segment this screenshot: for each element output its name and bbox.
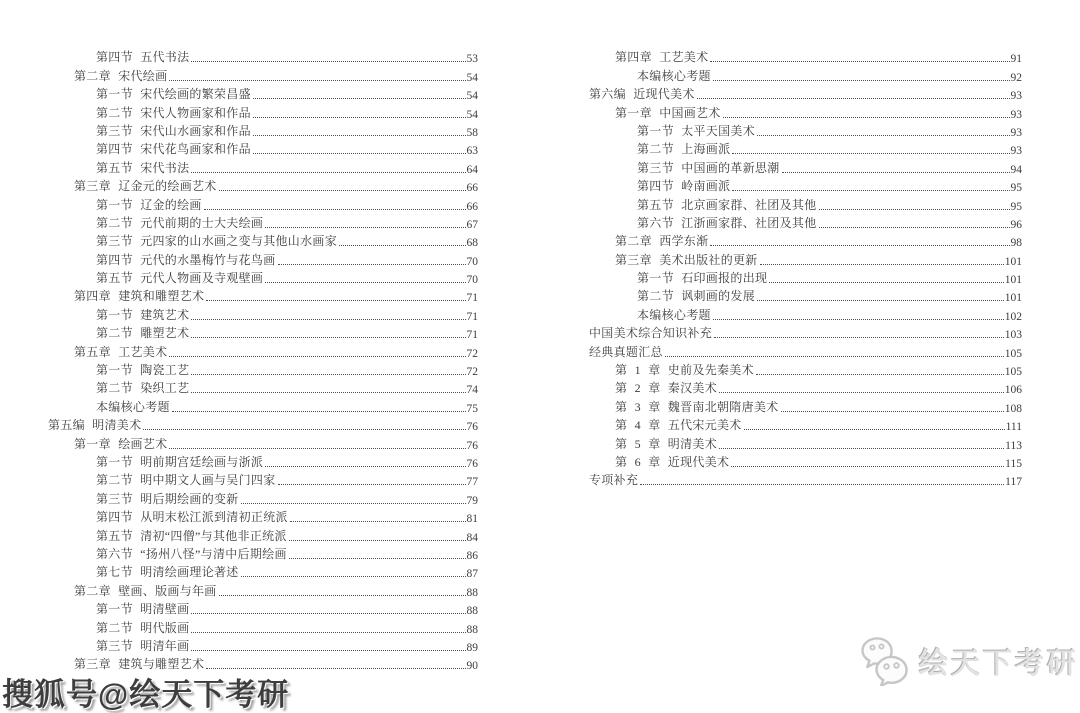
toc-page-number: 74 bbox=[467, 384, 479, 396]
toc-dot-leader bbox=[191, 392, 465, 393]
toc-dot-leader bbox=[265, 466, 465, 467]
toc-dot-leader bbox=[265, 227, 465, 228]
toc-dot-leader bbox=[253, 98, 466, 99]
toc-dot-leader bbox=[172, 411, 466, 412]
toc-entry: 第四节 从明末松江派到清初正统派 81 bbox=[48, 507, 478, 525]
toc-entry-label: 本编核心考题 bbox=[637, 67, 711, 84]
toc-dot-leader bbox=[744, 429, 1005, 430]
toc-entry-label: 第三节 明清年画 bbox=[96, 637, 189, 654]
toc-page-number: 101 bbox=[1005, 292, 1022, 304]
toc-entry-label: 第一节 石印画报的出现 bbox=[637, 269, 767, 286]
toc-entry: 第四章 建筑和雕塑艺术 71 bbox=[48, 286, 478, 304]
toc-dot-leader bbox=[219, 595, 466, 596]
toc-entry-label: 第三节 中国画的革新思潮 bbox=[637, 159, 780, 176]
toc-page-number: 101 bbox=[1005, 256, 1022, 268]
toc-entry: 第四节 元代的水墨梅竹与花鸟画 70 bbox=[48, 249, 478, 267]
sohu-account-watermark: 搜狐号@绘天下考研 bbox=[2, 669, 289, 713]
toc-entry: 第一节 辽金的绘画 66 bbox=[48, 194, 478, 212]
toc-page-number: 86 bbox=[467, 550, 479, 562]
toc-page-number: 71 bbox=[467, 292, 479, 304]
toc-entry-label: 第一节 太平天国美术 bbox=[637, 122, 755, 139]
toc-dot-leader bbox=[723, 117, 1010, 118]
toc-entry-label: 第一节 宋代绘画的繁荣昌盛 bbox=[96, 85, 251, 102]
toc-entry-label: 第四节 从明末松江派到清初正统派 bbox=[96, 508, 288, 525]
toc-entry: 专项补充 117 bbox=[589, 470, 1022, 488]
toc-page-number: 71 bbox=[467, 329, 479, 341]
toc-entry-label: 第三节 宋代山水画家和作品 bbox=[96, 122, 251, 139]
toc-page-number: 105 bbox=[1005, 348, 1022, 360]
toc-page-number: 105 bbox=[1005, 366, 1022, 378]
toc-dot-leader bbox=[191, 613, 465, 614]
toc-dot-leader bbox=[781, 411, 1004, 412]
toc-page-number: 84 bbox=[467, 532, 479, 544]
toc-entry-label: 本编核心考题 bbox=[637, 306, 711, 323]
toc-dot-leader bbox=[191, 172, 465, 173]
toc-page-number: 54 bbox=[467, 72, 479, 84]
toc-page-number: 93 bbox=[1011, 127, 1023, 139]
toc-entry-label: 第五节 元代人物画及寺观壁画 bbox=[96, 269, 263, 286]
toc-dot-leader bbox=[710, 245, 1009, 246]
toc-page-number: 91 bbox=[1011, 53, 1023, 65]
toc-dot-leader bbox=[719, 448, 1004, 449]
toc-entry: 第一节 石印画报的出现 101 bbox=[589, 268, 1022, 286]
toc-page-number: 81 bbox=[467, 513, 479, 525]
toc-dot-leader bbox=[710, 61, 1009, 62]
toc-entry: 第五章 工艺美术 72 bbox=[48, 341, 478, 359]
toc-entry-label: 第五章 工艺美术 bbox=[74, 343, 167, 360]
toc-page-number: 72 bbox=[467, 366, 479, 378]
toc-entry: 第六编 近现代美术 93 bbox=[589, 84, 1022, 102]
toc-entry-label: 第三章 辽金元的绘画艺术 bbox=[74, 177, 217, 194]
toc-entry: 第四章 工艺美术 91 bbox=[589, 47, 1022, 65]
toc-entry: 第二节 元代前期的士大夫绘画 67 bbox=[48, 213, 478, 231]
toc-entry: 第 6 章 近现代美术 115 bbox=[589, 452, 1022, 470]
toc-page-number: 106 bbox=[1005, 384, 1022, 396]
toc-page-number: 96 bbox=[1011, 219, 1023, 231]
toc-entry-label: 第 4 章 五代宋元美术 bbox=[615, 416, 742, 433]
toc-entry: 第五节 北京画家群、社团及其他 95 bbox=[589, 194, 1022, 212]
toc-entry: 第三节 中国画的革新思潮 94 bbox=[589, 157, 1022, 175]
toc-entry-label: 第三章 美术出版社的更新 bbox=[615, 251, 758, 268]
toc-page-number: 79 bbox=[467, 495, 479, 507]
toc-entry: 第二章 西学东渐 98 bbox=[589, 231, 1022, 249]
toc-entry-label: 第六节 江浙画家群、社团及其他 bbox=[637, 214, 817, 231]
toc-entry: 第一节 明前期宫廷绘画与浙派 76 bbox=[48, 452, 478, 470]
toc-entry-label: 第二节 明代版画 bbox=[96, 619, 189, 636]
wechat-chat-bubbles-icon bbox=[858, 636, 910, 686]
toc-entry-label: 第四节 五代书法 bbox=[96, 48, 189, 65]
toc-entry: 第六节 江浙画家群、社团及其他 96 bbox=[589, 213, 1022, 231]
toc-entry-label: 第二节 上海画派 bbox=[637, 140, 730, 157]
toc-page-number: 111 bbox=[1006, 421, 1022, 433]
toc-entry: 第二章 壁画、版画与年画 88 bbox=[48, 580, 478, 598]
toc-page-number: 88 bbox=[467, 587, 479, 599]
toc-page-number: 93 bbox=[1011, 90, 1023, 102]
toc-dot-leader bbox=[756, 374, 1004, 375]
toc-entry: 本编核心考题 102 bbox=[589, 304, 1022, 322]
toc-dot-leader bbox=[719, 392, 1004, 393]
toc-entry-label: 第四章 工艺美术 bbox=[615, 48, 708, 65]
toc-entry-label: 第六节 “扬州八怪”与清中后期绘画 bbox=[96, 545, 287, 562]
toc-entry: 本编核心考题 75 bbox=[48, 396, 478, 414]
toc-entry-label: 第 5 章 明清美术 bbox=[615, 435, 717, 452]
toc-page-number: 66 bbox=[467, 182, 479, 194]
toc-entry: 第一节 太平天国美术 93 bbox=[589, 121, 1022, 139]
toc-dot-leader bbox=[290, 521, 466, 522]
toc-dot-leader bbox=[757, 300, 1004, 301]
toc-page-number: 63 bbox=[467, 145, 479, 157]
toc-entry-label: 第二节 雕塑艺术 bbox=[96, 324, 189, 341]
toc-dot-leader bbox=[143, 429, 465, 430]
toc-entry: 第三节 宋代山水画家和作品 58 bbox=[48, 121, 478, 139]
toc-entry: 本编核心考题 92 bbox=[589, 65, 1022, 83]
toc-entry: 中国美术综合知识补充 103 bbox=[589, 323, 1022, 341]
toc-dot-leader bbox=[289, 540, 466, 541]
toc-dot-leader bbox=[760, 264, 1004, 265]
toc-page-number: 95 bbox=[1011, 182, 1023, 194]
toc-dot-leader bbox=[253, 135, 466, 136]
toc-dot-leader bbox=[732, 153, 1009, 154]
toc-entry: 第一章 绘画艺术 76 bbox=[48, 433, 478, 451]
toc-entry-label: 第一节 明清壁画 bbox=[96, 600, 189, 617]
toc-entry: 第一章 中国画艺术 93 bbox=[589, 102, 1022, 120]
toc-entry: 第七节 明清绘画理论著述 87 bbox=[48, 562, 478, 580]
toc-entry: 第五编 明清美术 76 bbox=[48, 415, 478, 433]
toc-page-number: 89 bbox=[467, 642, 479, 654]
toc-entry: 第五节 元代人物画及寺观壁画 70 bbox=[48, 268, 478, 286]
toc-entry-label: 第 2 章 秦汉美术 bbox=[615, 379, 717, 396]
toc-dot-leader bbox=[169, 356, 465, 357]
toc-entry-label: 第二节 讽刺画的发展 bbox=[637, 287, 755, 304]
toc-page-number: 93 bbox=[1011, 145, 1023, 157]
toc-dot-leader bbox=[169, 448, 465, 449]
toc-entry-label: 第一节 辽金的绘画 bbox=[96, 196, 202, 213]
toc-page-number: 88 bbox=[467, 624, 479, 636]
toc-column-right: 第四章 工艺美术 91 本编核心考题 92 第六编 近现代美术 93 第一章 中… bbox=[589, 47, 1022, 488]
toc-page-number: 53 bbox=[467, 53, 479, 65]
toc-dot-leader bbox=[731, 466, 1004, 467]
toc-entry-label: 第五编 明清美术 bbox=[48, 416, 141, 433]
toc-entry: 第 5 章 明清美术 113 bbox=[589, 433, 1022, 451]
toc-entry-label: 第五节 宋代书法 bbox=[96, 159, 189, 176]
toc-dot-leader bbox=[253, 117, 466, 118]
toc-entry-label: 专项补充 bbox=[589, 471, 638, 488]
toc-page-number: 75 bbox=[467, 403, 479, 415]
toc-entry-label: 第四节 宋代花鸟画家和作品 bbox=[96, 140, 251, 157]
toc-entry-label: 第二节 宋代人物画家和作品 bbox=[96, 104, 251, 121]
toc-dot-leader bbox=[713, 80, 1010, 81]
toc-entry: 第四节 五代书法 53 bbox=[48, 47, 478, 65]
toc-entry-label: 第二章 西学东渐 bbox=[615, 232, 708, 249]
toc-dot-leader bbox=[191, 61, 465, 62]
toc-entry: 第二节 明中期文人画与吴门四家 77 bbox=[48, 470, 478, 488]
toc-page-number: 117 bbox=[1005, 476, 1022, 488]
toc-page-number: 93 bbox=[1011, 109, 1023, 121]
toc-dot-leader bbox=[782, 172, 1010, 173]
toc-column-left: 第四节 五代书法 53 第二章 宋代绘画 54 第一节 宋代绘画的繁荣昌盛 54… bbox=[48, 47, 478, 672]
toc-entry: 第二章 宋代绘画 54 bbox=[48, 65, 478, 83]
toc-dot-leader bbox=[191, 319, 465, 320]
toc-page-number: 87 bbox=[467, 568, 479, 580]
toc-dot-leader bbox=[169, 80, 465, 81]
toc-dot-leader bbox=[339, 245, 465, 246]
toc-entry-label: 第四节 元代的水墨梅竹与花鸟画 bbox=[96, 251, 276, 268]
toc-page-number: 64 bbox=[467, 164, 479, 176]
toc-page-number: 113 bbox=[1005, 440, 1022, 452]
toc-entry: 第三章 辽金元的绘画艺术 66 bbox=[48, 176, 478, 194]
toc-dot-leader bbox=[757, 135, 1009, 136]
toc-page-number: 67 bbox=[467, 219, 479, 231]
toc-page-number: 90 bbox=[467, 660, 479, 672]
brand-logo: 绘天下考研 bbox=[858, 636, 1079, 686]
toc-entry: 第三节 明清年画 89 bbox=[48, 636, 478, 654]
toc-entry: 第二节 染织工艺 74 bbox=[48, 378, 478, 396]
toc-entry-label: 经典真题汇总 bbox=[589, 343, 663, 360]
toc-page-number: 103 bbox=[1005, 329, 1022, 341]
toc-entry: 第二节 上海画派 93 bbox=[589, 139, 1022, 157]
toc-entry: 第二节 讽刺画的发展 101 bbox=[589, 286, 1022, 304]
toc-dot-leader bbox=[665, 356, 1004, 357]
toc-entry: 第二节 明代版画 88 bbox=[48, 617, 478, 635]
toc-entry: 第一节 明清壁画 88 bbox=[48, 599, 478, 617]
toc-page-number: 70 bbox=[467, 274, 479, 286]
toc-entry-label: 第三节 明后期绘画的变新 bbox=[96, 490, 239, 507]
toc-dot-leader bbox=[191, 632, 465, 633]
toc-page-number: 98 bbox=[1011, 237, 1023, 249]
toc-dot-leader bbox=[289, 558, 466, 559]
toc-dot-leader bbox=[204, 209, 466, 210]
toc-dot-leader bbox=[191, 650, 465, 651]
toc-entry-label: 第二节 染织工艺 bbox=[96, 379, 189, 396]
toc-entry-label: 第一章 绘画艺术 bbox=[74, 435, 167, 452]
toc-entry: 第 3 章 魏晋南北朝隋唐美术 108 bbox=[589, 396, 1022, 414]
toc-dot-leader bbox=[713, 319, 1004, 320]
toc-entry-label: 第一节 陶瓷工艺 bbox=[96, 361, 189, 378]
toc-entry: 第三节 明后期绘画的变新 79 bbox=[48, 488, 478, 506]
toc-dot-leader bbox=[278, 264, 466, 265]
toc-page-number: 68 bbox=[467, 237, 479, 249]
toc-entry: 第二节 宋代人物画家和作品 54 bbox=[48, 102, 478, 120]
toc-page-number: 54 bbox=[467, 90, 479, 102]
toc-page-number: 76 bbox=[467, 421, 479, 433]
toc-entry-label: 第二章 壁画、版画与年画 bbox=[74, 582, 217, 599]
toc-page-number: 76 bbox=[467, 440, 479, 452]
toc-page-number: 71 bbox=[467, 311, 479, 323]
toc-entry: 第一节 陶瓷工艺 72 bbox=[48, 360, 478, 378]
toc-dot-leader bbox=[191, 337, 465, 338]
toc-entry-label: 第 3 章 魏晋南北朝隋唐美术 bbox=[615, 398, 779, 415]
toc-page-number: 76 bbox=[467, 458, 479, 470]
toc-entry: 第五节 清初“四僧”与其他非正统派 84 bbox=[48, 525, 478, 543]
toc-entry-label: 第二章 宋代绘画 bbox=[74, 67, 167, 84]
toc-dot-leader bbox=[697, 98, 1010, 99]
brand-name: 绘天下考研 bbox=[919, 641, 1079, 682]
toc-entry-label: 第五节 清初“四僧”与其他非正统派 bbox=[96, 527, 287, 544]
toc-dot-leader bbox=[253, 153, 466, 154]
toc-entry-label: 第二节 元代前期的士大夫绘画 bbox=[96, 214, 263, 231]
toc-page-number: 92 bbox=[1011, 72, 1023, 84]
toc-dot-leader bbox=[219, 190, 466, 191]
toc-dot-leader bbox=[714, 337, 1004, 338]
toc-entry-label: 本编核心考题 bbox=[96, 398, 170, 415]
toc-entry-label: 第六编 近现代美术 bbox=[589, 85, 695, 102]
toc-page-number: 95 bbox=[1011, 201, 1023, 213]
toc-entry-label: 第五节 北京画家群、社团及其他 bbox=[637, 196, 817, 213]
toc-entry: 第三章 美术出版社的更新 101 bbox=[589, 249, 1022, 267]
toc-dot-leader bbox=[819, 227, 1010, 228]
toc-dot-leader bbox=[278, 484, 466, 485]
toc-entry-label: 第 6 章 近现代美术 bbox=[615, 453, 729, 470]
toc-entry: 第一节 宋代绘画的繁荣昌盛 54 bbox=[48, 84, 478, 102]
toc-entry-label: 第七节 明清绘画理论著述 bbox=[96, 563, 239, 580]
toc-entry-label: 第四章 建筑和雕塑艺术 bbox=[74, 287, 204, 304]
toc-entry: 第四节 岭南画派 95 bbox=[589, 176, 1022, 194]
toc-entry-label: 第一章 中国画艺术 bbox=[615, 104, 721, 121]
toc-entry-label: 第三节 元四家的山水画之变与其他山水画家 bbox=[96, 232, 337, 249]
toc-page-number: 88 bbox=[467, 605, 479, 617]
toc-page-number: 101 bbox=[1005, 274, 1022, 286]
toc-page-number: 115 bbox=[1005, 458, 1022, 470]
toc-page-number: 72 bbox=[467, 348, 479, 360]
toc-entry: 第四节 宋代花鸟画家和作品 63 bbox=[48, 139, 478, 157]
toc-entry-label: 中国美术综合知识补充 bbox=[589, 324, 712, 341]
toc-entry: 第 2 章 秦汉美术 106 bbox=[589, 378, 1022, 396]
toc-entry-label: 第一节 明前期宫廷绘画与浙派 bbox=[96, 453, 263, 470]
toc-entry: 第三节 元四家的山水画之变与其他山水画家 68 bbox=[48, 231, 478, 249]
toc-dot-leader bbox=[732, 190, 1009, 191]
toc-entry: 第五节 宋代书法 64 bbox=[48, 157, 478, 175]
toc-dot-leader bbox=[265, 282, 465, 283]
toc-entry: 第 1 章 史前及先秦美术 105 bbox=[589, 360, 1022, 378]
toc-page-number: 108 bbox=[1005, 403, 1022, 415]
toc-entry-label: 第 1 章 史前及先秦美术 bbox=[615, 361, 754, 378]
toc-page-number: 70 bbox=[467, 256, 479, 268]
toc-dot-leader bbox=[241, 503, 466, 504]
toc-dot-leader bbox=[819, 209, 1010, 210]
toc-entry-label: 第二节 明中期文人画与吴门四家 bbox=[96, 471, 276, 488]
toc-entry: 第二节 雕塑艺术 71 bbox=[48, 323, 478, 341]
toc-page-number: 94 bbox=[1011, 164, 1023, 176]
toc-dot-leader bbox=[206, 300, 465, 301]
toc-entry: 第一节 建筑艺术 71 bbox=[48, 304, 478, 322]
toc-page-number: 102 bbox=[1005, 311, 1022, 323]
toc-dot-leader bbox=[640, 484, 1004, 485]
toc-dot-leader bbox=[241, 576, 466, 577]
toc-entry: 第 4 章 五代宋元美术 111 bbox=[589, 415, 1022, 433]
toc-page-number: 58 bbox=[467, 127, 479, 139]
toc-dot-leader bbox=[769, 282, 1003, 283]
toc-entry-label: 第一节 建筑艺术 bbox=[96, 306, 189, 323]
toc-dot-leader bbox=[191, 374, 465, 375]
toc-page-number: 77 bbox=[467, 476, 479, 488]
toc-entry: 经典真题汇总 105 bbox=[589, 341, 1022, 359]
toc-page-number: 66 bbox=[467, 201, 479, 213]
toc-page-number: 54 bbox=[467, 109, 479, 121]
toc-entry-label: 第四节 岭南画派 bbox=[637, 177, 730, 194]
toc-entry: 第六节 “扬州八怪”与清中后期绘画 86 bbox=[48, 544, 478, 562]
